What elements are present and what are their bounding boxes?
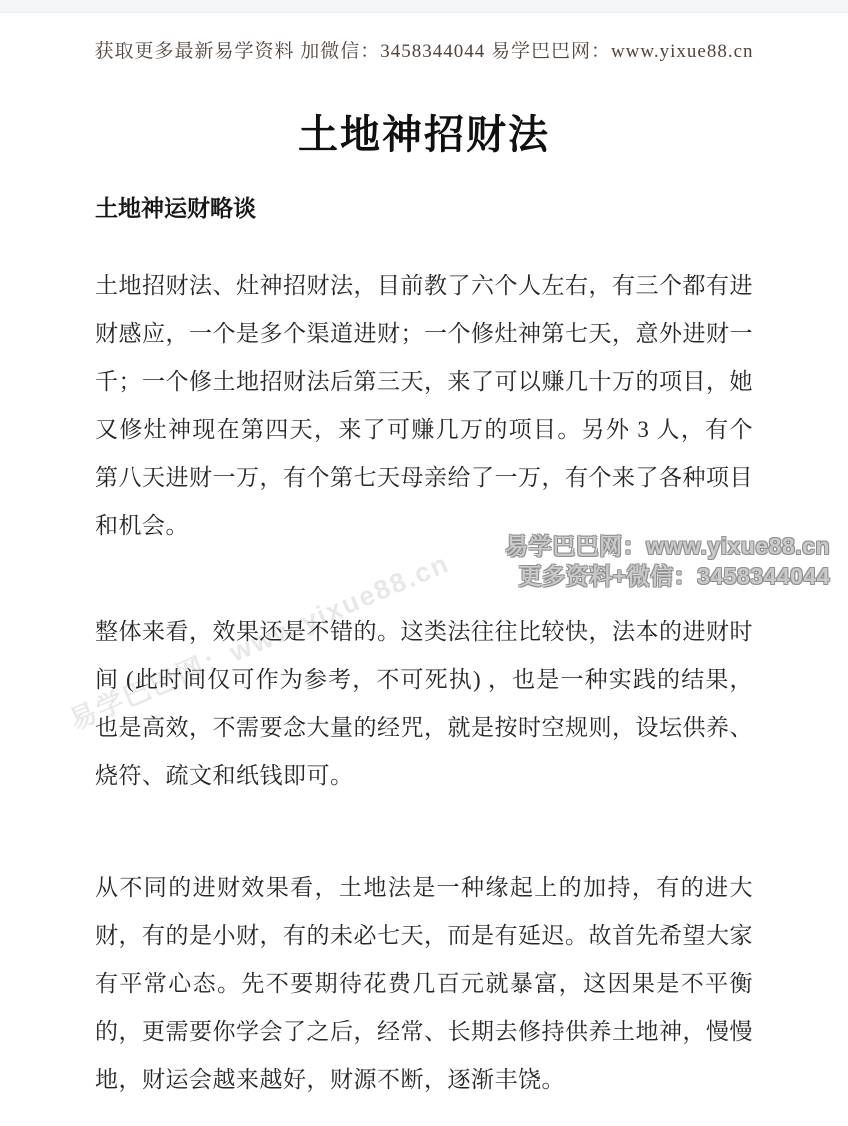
paragraph-1: 土地招财法、灶神招财法，目前教了六个人左右，有三个都有进财感应，一个是多个渠道进…: [95, 262, 753, 550]
header-notice: 获取更多最新易学资料 加微信：3458344044 易学巴巴网：www.yixu…: [0, 40, 848, 64]
document-body: 土地神运财略谈 土地招财法、灶神招财法，目前教了六个人左右，有三个都有进财感应，…: [0, 195, 848, 1104]
page-title: 土地神招财法: [0, 113, 848, 157]
section-heading: 土地神运财略谈: [95, 195, 753, 222]
page-top-strip: [0, 0, 848, 13]
paragraph-3: 从不同的进财效果看，土地法是一种缘起上的加持，有的进大财，有的是小财，有的未必七…: [95, 864, 753, 1104]
paragraph-2: 整体来看，效果还是不错的。这类法往往比较快，法本的进财时间 (此时间仅可作为参考…: [95, 608, 753, 800]
